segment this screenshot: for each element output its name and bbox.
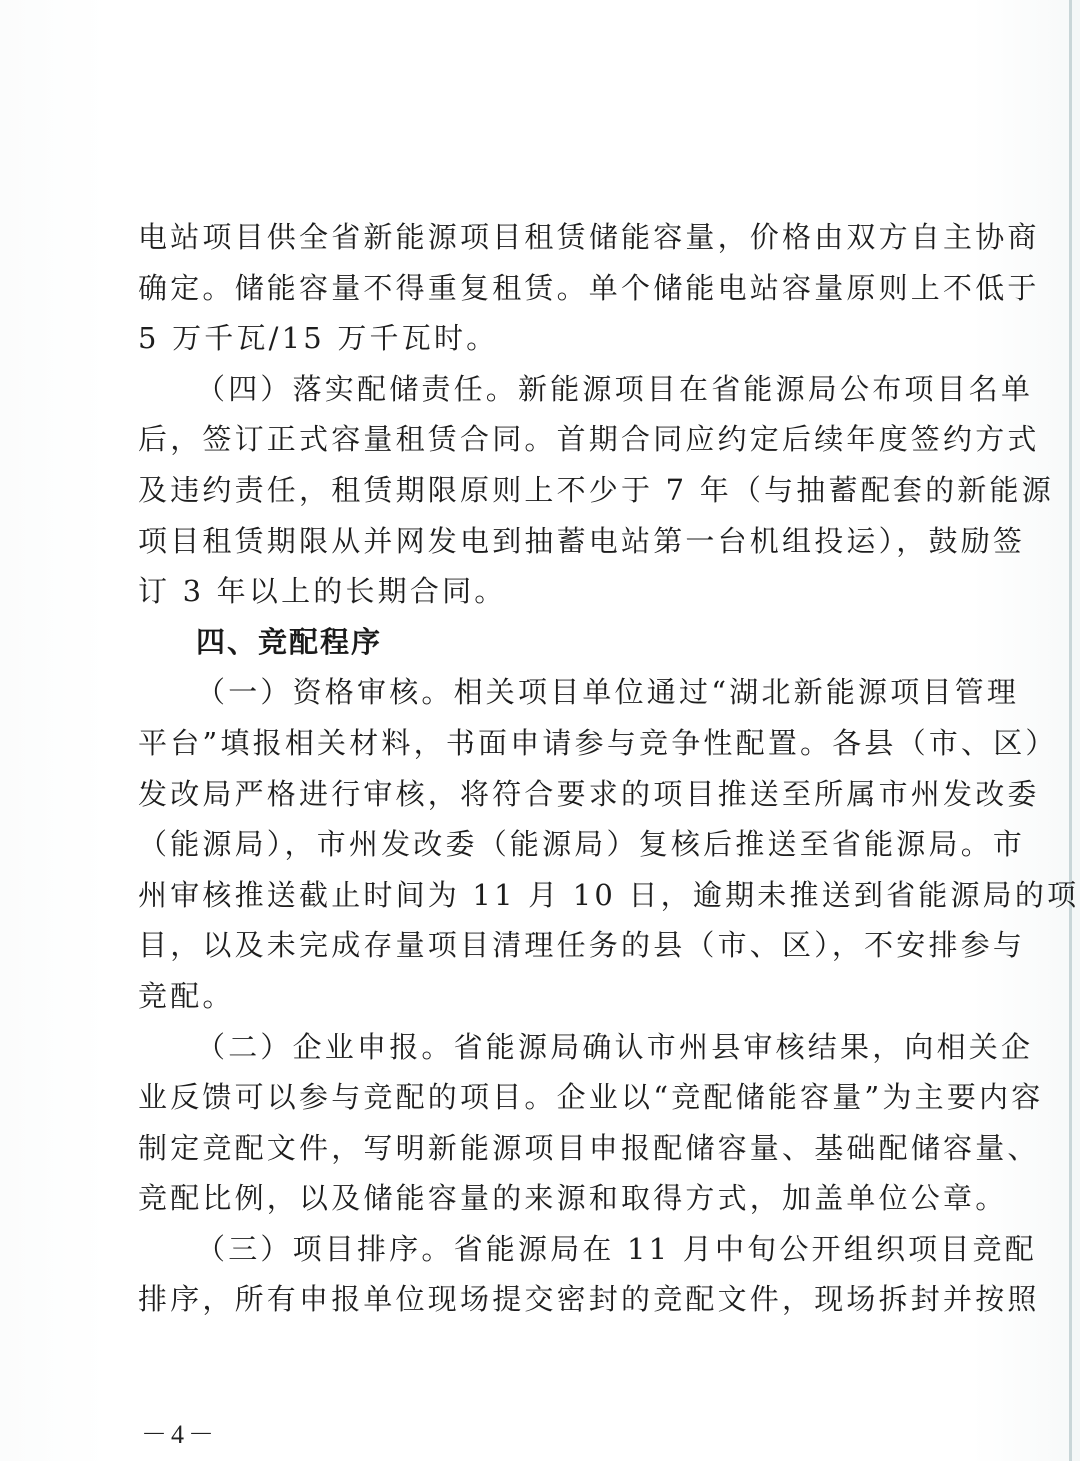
text-line: 竞配比例，以及储能容量的来源和取得方式，加盖单位公章。 [138, 1173, 938, 1224]
text-line: 后，签订正式容量租赁合同。首期合同应约定后续年度签约方式 [138, 414, 938, 465]
paragraph-continued: 电站项目供全省新能源项目租赁储能容量，价格由双方自主协商 确定。储能容量不得重复… [138, 212, 938, 364]
text-line: 制定竞配文件，写明新能源项目申报配储容量、基础配储容量、 [138, 1123, 938, 1174]
text-line: 排序，所有申报单位现场提交密封的竞配文件，现场拆封并按照 [138, 1274, 938, 1325]
paragraph-section-4-3: （三）项目排序。省能源局在 11 月中旬公开组织项目竞配 排序，所有申报单位现场… [138, 1224, 938, 1325]
document-page: 电站项目供全省新能源项目租赁储能容量，价格由双方自主协商 确定。储能容量不得重复… [0, 0, 1080, 1461]
page-edge-margin [1072, 0, 1080, 1461]
text-line: （三）项目排序。省能源局在 11 月中旬公开组织项目竞配 [138, 1224, 938, 1275]
text-line: 竞配。 [138, 971, 938, 1022]
text-line: 发改局严格进行审核，将符合要求的项目推送至所属市州发改委 [138, 769, 938, 820]
paragraph-section-4-1: （一）资格审核。相关项目单位通过“湖北新能源项目管理 平台”填报相关材料，书面申… [138, 667, 938, 1021]
page-number: －4－ [141, 1414, 218, 1451]
section-heading: 四、竞配程序 [138, 617, 938, 668]
text-line: 电站项目供全省新能源项目租赁储能容量，价格由双方自主协商 [138, 212, 938, 263]
text-line: 项目租赁期限从并网发电到抽蓄电站第一台机组投运），鼓励签 [138, 516, 938, 567]
text-line: 平台”填报相关材料，书面申请参与竞争性配置。各县（市、区） [138, 718, 938, 769]
text-line: 业反馈可以参与竞配的项目。企业以“竞配储能容量”为主要内容 [138, 1072, 938, 1123]
document-body: 电站项目供全省新能源项目租赁储能容量，价格由双方自主协商 确定。储能容量不得重复… [138, 212, 938, 1325]
text-line: 及违约责任，租赁期限原则上不少于 7 年（与抽蓄配套的新能源 [138, 465, 938, 516]
text-line: 订 3 年以上的长期合同。 [138, 566, 938, 617]
text-line: （一）资格审核。相关项目单位通过“湖北新能源项目管理 [138, 667, 938, 718]
paragraph-section-3-4: （四）落实配储责任。新能源项目在省能源局公布项目名单 后，签订正式容量租赁合同。… [138, 364, 938, 617]
text-line: 州审核推送截止时间为 11 月 10 日，逾期未推送到省能源局的项 [138, 870, 938, 921]
text-line: 5 万千瓦/15 万千瓦时。 [138, 313, 938, 364]
paragraph-section-4-2: （二）企业申报。省能源局确认市州县审核结果，向相关企 业反馈可以参与竞配的项目。… [138, 1022, 938, 1224]
text-line: 确定。储能容量不得重复租赁。单个储能电站容量原则上不低于 [138, 263, 938, 314]
text-line: 目，以及未完成存量项目清理任务的县（市、区），不安排参与 [138, 920, 938, 971]
text-line: （二）企业申报。省能源局确认市州县审核结果，向相关企 [138, 1022, 938, 1073]
text-line: （能源局），市州发改委（能源局）复核后推送至省能源局。市 [138, 819, 938, 870]
text-line: （四）落实配储责任。新能源项目在省能源局公布项目名单 [138, 364, 938, 415]
